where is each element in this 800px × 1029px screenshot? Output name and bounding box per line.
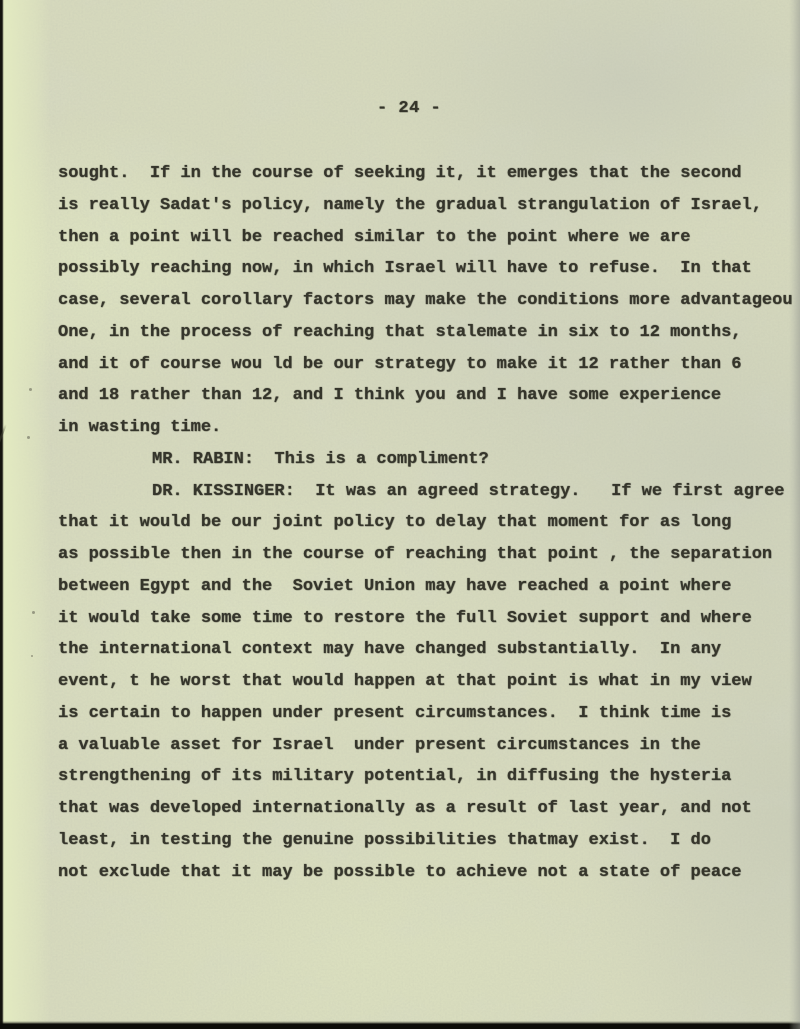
text-line: that it would be our joint policy to del… (58, 507, 800, 539)
text-line: event, t he worst that would happen at t… (58, 666, 800, 698)
text-line: is really Sadat's policy, namely the gra… (58, 190, 800, 222)
text-line: One, in the process of reaching that sta… (58, 317, 800, 349)
paper-highlight-band (3, 0, 51, 1029)
text-line: case, several corollary factors may make… (58, 285, 800, 317)
ink-speck (27, 436, 30, 439)
scan-edge-left (0, 0, 4, 1029)
text-line: in wasting time. (58, 412, 800, 444)
text-line: between Egypt and the Soviet Union may h… (58, 571, 800, 603)
ink-speck (32, 611, 35, 614)
scanned-document-page: - 24 - sought. If in the course of seeki… (0, 0, 800, 1029)
document-text: sought. If in the course of seeking it, … (58, 158, 800, 888)
text-line: is certain to happen under present circu… (58, 698, 800, 730)
text-line: MR. RABIN: This is a compliment? (58, 444, 800, 476)
scan-edge-bottom (0, 1021, 800, 1029)
text-line: the international context may have chang… (58, 634, 800, 666)
page-number: - 24 - (377, 99, 441, 118)
text-line: and it of course wou ld be our strategy … (58, 349, 800, 381)
text-line: DR. KISSINGER: It was an agreed strategy… (58, 476, 800, 508)
text-line: least, in testing the genuine possibilit… (58, 825, 800, 857)
text-line: not exclude that it may be possible to a… (58, 857, 800, 889)
text-line: it would take some time to restore the f… (58, 603, 800, 635)
text-line: strengthening of its military potential,… (58, 761, 800, 793)
text-line: possibly reaching now, in which Israel w… (58, 253, 800, 285)
ink-speck (31, 655, 33, 657)
text-line: that was developed internationally as a … (58, 793, 800, 825)
text-line: a valuable asset for Israel under presen… (58, 730, 800, 762)
text-line: then a point will be reached similar to … (58, 222, 800, 254)
ink-speck (29, 388, 32, 391)
text-line: and 18 rather than 12, and I think you a… (58, 380, 800, 412)
text-line: sought. If in the course of seeking it, … (58, 158, 800, 190)
text-line: as possible then in the course of reachi… (58, 539, 800, 571)
